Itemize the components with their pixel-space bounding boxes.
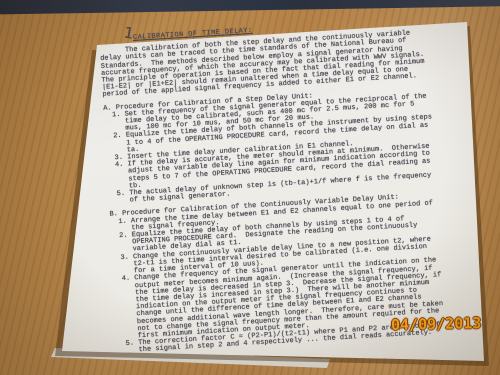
section-a: A. Procedure for Calibration of a Step D… [103, 86, 438, 206]
desk-dark-edge [0, 0, 500, 15]
desk-photo: 1 CALIBRATION OF TIME DELAY: The calibra… [0, 0, 500, 375]
camera-date-stamp: 04/09/2013 [391, 314, 482, 334]
typed-document: CALIBRATION OF TIME DELAY: The calibrati… [99, 17, 448, 362]
